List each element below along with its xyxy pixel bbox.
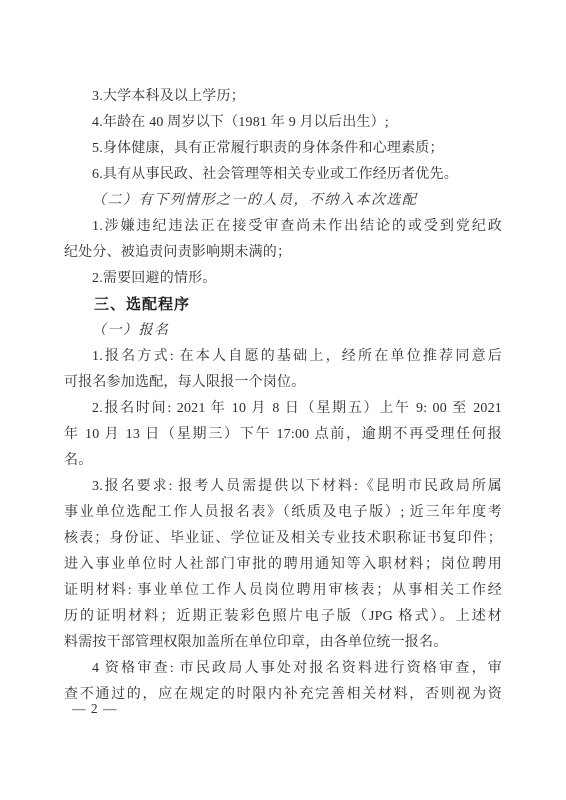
line-item-3-education: 3.大学本科及以上学历； (64, 84, 502, 110)
line-reg-time-cont-1: 年 10 月 13 日（星期三）下午 17:00 点前，逾期不再受理任何报 (64, 422, 502, 448)
page-number: — 2 — (72, 701, 118, 717)
line-avoidance-clause: 2.需要回避的情形。 (64, 266, 502, 292)
line-item-6-preference: 6.具有从事民政、社会管理等相关专业或工作经历者优先。 (64, 162, 502, 188)
line-reg-method-cont: 可报名参加选配，每人限报一个岗位。 (64, 370, 502, 396)
line-reg-requirements-cont-6: 料需按干部管理权限加盖所在单位印章，由各单位统一报名。 (64, 630, 502, 656)
subheading-registration: （一）报名 (64, 318, 502, 344)
line-reg-requirements-cont-4: 证明材料: 事业单位工作人员岗位聘用审核表；从事相关工作经 (64, 578, 502, 604)
line-reg-method: 1.报名方式: 在本人自愿的基础上，经所在单位推荐同意后 (64, 344, 502, 370)
document-page: 3.大学本科及以上学历； 4.年龄在 40 周岁以下（1981 年 9 月以后出… (0, 0, 566, 800)
document-content: 3.大学本科及以上学历； 4.年龄在 40 周岁以下（1981 年 9 月以后出… (64, 84, 502, 708)
line-reg-time-cont-2: 名。 (64, 448, 502, 474)
line-reg-requirements-cont-1: 事业单位选配工作人员报名表》（纸质及电子版）; 近三年年度考 (64, 500, 502, 526)
subheading-excluded-persons: （二）有下列情形之一的人员，不纳入本次选配 (64, 188, 502, 214)
line-reg-requirements: 3.报名要求: 报考人员需提供以下材料:《昆明市民政局所属 (64, 474, 502, 500)
line-discipline-clause-cont: 纪处分、被追责问责影响期未满的； (64, 240, 502, 266)
line-item-5-health: 5.身体健康，具有正常履行职责的身体条件和心理素质； (64, 136, 502, 162)
line-reg-time: 2.报名时间: 2021 年 10 月 8 日（星期五）上午 9: 00 至 2… (64, 396, 502, 422)
line-reg-requirements-cont-5: 历的证明材料；近期正装彩色照片电子版（JPG 格式）。上述材 (64, 604, 502, 630)
line-reg-requirements-cont-2: 核表；身份证、毕业证、学位证及相关专业技术职称证书复印件； (64, 526, 502, 552)
line-discipline-clause: 1.涉嫌违纪违法正在接受审查尚未作出结论的或受到党纪政 (64, 214, 502, 240)
line-qualification-review-cont: 查不通过的，应在规定的时限内补充完善相关材料，否则视为资 (64, 682, 502, 708)
heading-selection-procedure: 三、选配程序 (64, 292, 502, 318)
line-item-4-age: 4.年龄在 40 周岁以下（1981 年 9 月以后出生）; (64, 110, 502, 136)
line-reg-requirements-cont-3: 进入事业单位时人社部门审批的聘用通知等入职材料；岗位聘用 (64, 552, 502, 578)
line-qualification-review: 4 资格审查: 市民政局人事处对报名资料进行资格审查，审 (64, 656, 502, 682)
